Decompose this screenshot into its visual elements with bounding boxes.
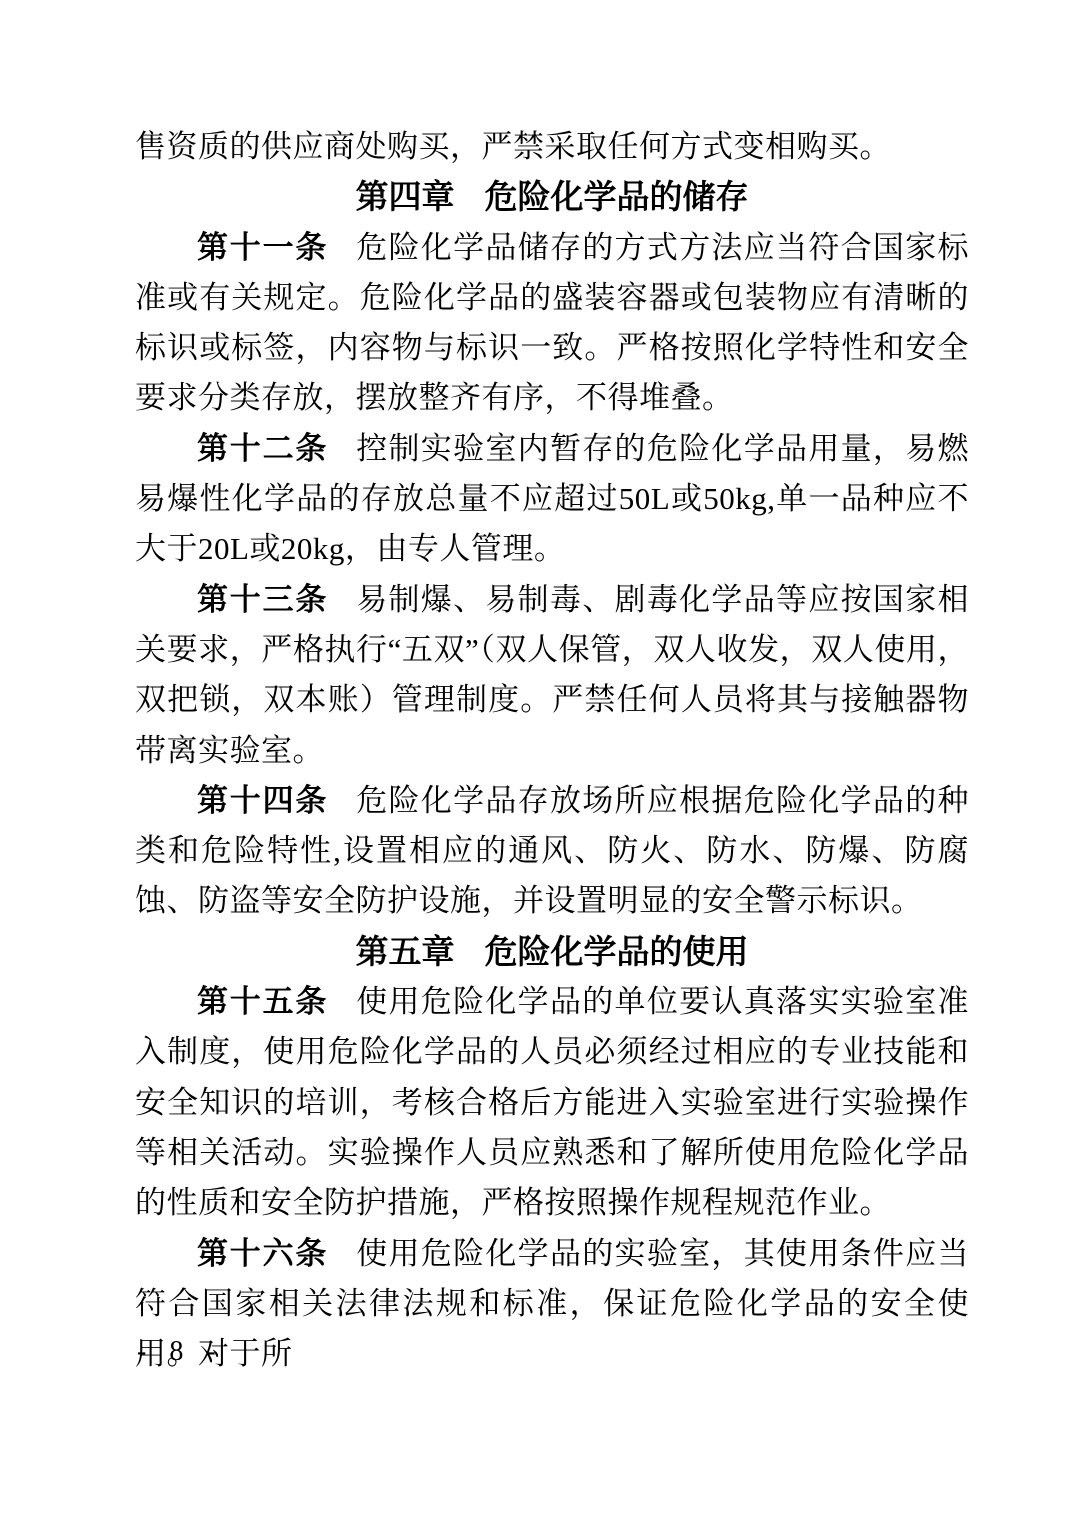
article-12-paragraph: 第十二条控制实验室内暂存的危险化学品用量，易燃易爆性化学品的存放总量不应超过50… [135, 424, 969, 575]
article-14-label: 第十四条 [197, 783, 328, 818]
chapter-heading-4: 第四章危险化学品的储存 [135, 172, 969, 222]
article-16-paragraph: 第十六条使用危险化学品的实验室，其使用条件应当符合国家相关法律法规和标准，保证危… [135, 1229, 969, 1380]
article-15-label: 第十五条 [197, 984, 328, 1019]
article-14-paragraph: 第十四条危险化学品存放场所应根据危险化学品的种类和危险特性,设置相应的通风、防火… [135, 776, 969, 927]
document-content: 售资质的供应商处购买，严禁采取任何方式变相购买。 第四章危险化学品的储存 第十一… [135, 122, 969, 1379]
document-page: 售资质的供应商处购买，严禁采取任何方式变相购买。 第四章危险化学品的储存 第十一… [0, 0, 1080, 1528]
article-13-label: 第十三条 [197, 582, 328, 617]
paragraph-continuation: 售资质的供应商处购买，严禁采取任何方式变相购买。 [135, 122, 969, 172]
article-15-text: 使用危险化学品的单位要认真落实实验室准入制度，使用危险化学品的人员必须经过相应的… [135, 984, 969, 1220]
article-11-label: 第十一条 [197, 230, 328, 265]
chapter-heading-5: 第五章危险化学品的使用 [135, 927, 969, 977]
chapter-5-number: 第五章 [356, 933, 455, 970]
article-15-paragraph: 第十五条使用危险化学品的单位要认真落实实验室准入制度，使用危险化学品的人员必须经… [135, 977, 969, 1228]
article-12-label: 第十二条 [197, 431, 328, 466]
chapter-5-title: 危险化学品的使用 [485, 933, 749, 970]
article-11-paragraph: 第十一条危险化学品储存的方式方法应当符合国家标准或有关规定。危险化学品的盛装容器… [135, 223, 969, 424]
article-13-paragraph: 第十三条易制爆、易制毒、剧毒化学品等应按国家相关要求，严格执行“五双”（双人保管… [135, 575, 969, 776]
article-16-label: 第十六条 [197, 1236, 328, 1271]
chapter-4-number: 第四章 [356, 178, 455, 215]
chapter-4-title: 危险化学品的储存 [485, 178, 749, 215]
page-number: - 8 - [137, 1336, 224, 1368]
